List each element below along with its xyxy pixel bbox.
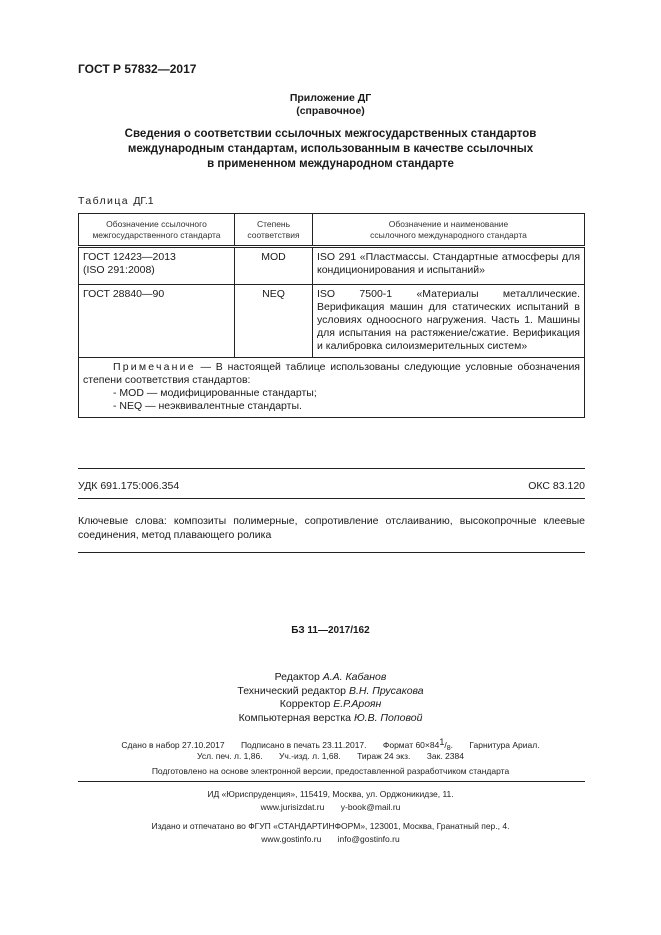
publisher-1-contacts: www.jurisizdat.ru y-book@mail.ru	[0, 801, 661, 814]
bz-number: БЗ 11—2017/162	[0, 625, 661, 636]
imprint-line-2: Усл. печ. л. 1,86. Уч.-изд. л. 1,68. Тир…	[0, 750, 661, 763]
prepared-note: Подготовлено на основе электронной верси…	[0, 765, 661, 778]
header-degree: Степень соответствия	[235, 214, 313, 247]
appendix-label: Приложение ДГ	[0, 92, 661, 105]
appendix-title-line: международным стандартам, использованным…	[0, 142, 661, 157]
credits: Редактор А.А. Кабанов Технический редакт…	[0, 671, 661, 725]
divider	[78, 468, 585, 469]
publisher-1-website[interactable]: www.jurisizdat.ru	[261, 802, 325, 812]
credit-line: Компьютерная верстка Ю.В. Поповой	[0, 712, 661, 726]
appendix-type: (справочное)	[0, 105, 661, 118]
cell-degree: NEQ	[235, 285, 313, 358]
table-caption: Таблица ДГ.1	[78, 195, 154, 207]
credit-line: Технический редактор В.Н. Прусакова	[0, 685, 661, 699]
credit-line: Редактор А.А. Кабанов	[0, 671, 661, 685]
publisher-2: Издано и отпечатано во ФГУП «СТАНДАРТИНФ…	[0, 820, 661, 833]
publisher-2-email[interactable]: info@gostinfo.ru	[338, 834, 400, 844]
header-intl: Обозначение и наименование ссылочного ме…	[313, 214, 585, 247]
table-note-row: Примечание — В настоящей таблице использ…	[79, 358, 585, 418]
document-code: ГОСТ Р 57832—2017	[78, 62, 196, 76]
cell-degree: MOD	[235, 247, 313, 285]
note-item: - MOD — модифицированные стандарты;	[83, 387, 580, 400]
publisher-2-contacts: www.gostinfo.ru info@gostinfo.ru	[0, 833, 661, 846]
keywords: Ключевые слова: композиты полимерные, со…	[78, 514, 585, 542]
oks-code: ОКС 83.120	[528, 480, 585, 492]
table-note: Примечание — В настоящей таблице использ…	[79, 358, 585, 418]
note-label: Примечание	[113, 361, 196, 373]
cell-intl: ISO 291 «Пластмассы. Стандартные атмосфе…	[313, 247, 585, 285]
cell-intl: ISO 7500-1 «Материалы металлические. Вер…	[313, 285, 585, 358]
publisher-1: ИД «Юриспруденция», 115419, Москва, ул. …	[0, 788, 661, 801]
udk-code: УДК 691.175:006.354	[78, 480, 179, 492]
credit-line: Корректор Е.Р.Ароян	[0, 698, 661, 712]
appendix-title-line: в примененном международном стандарте	[0, 157, 661, 172]
cell-gost: ГОСТ 12423—2013 (ISO 291:2008)	[79, 247, 235, 285]
table-row: ГОСТ 12423—2013 (ISO 291:2008) MOD ISO 2…	[79, 247, 585, 285]
cell-gost: ГОСТ 28840—90	[79, 285, 235, 358]
publisher-1-email[interactable]: y-book@mail.ru	[341, 802, 401, 812]
table-caption-word: Таблица	[78, 195, 129, 207]
divider	[78, 552, 585, 553]
table-caption-number: ДГ.1	[133, 195, 153, 207]
table-row: ГОСТ 28840—90 NEQ ISO 7500-1 «Материалы …	[79, 285, 585, 358]
header-gost: Обозначение ссылочного межгосударственно…	[79, 214, 235, 247]
table-header-row: Обозначение ссылочного межгосударственно…	[79, 214, 585, 247]
publisher-2-website[interactable]: www.gostinfo.ru	[261, 834, 321, 844]
divider	[78, 781, 585, 782]
appendix-title-line: Сведения о соответствии ссылочных межгос…	[0, 127, 661, 142]
note-item: - NEQ — неэквивалентные стандарты.	[83, 400, 580, 413]
correspondence-table: Обозначение ссылочного межгосударственно…	[78, 213, 585, 418]
divider	[78, 498, 585, 499]
